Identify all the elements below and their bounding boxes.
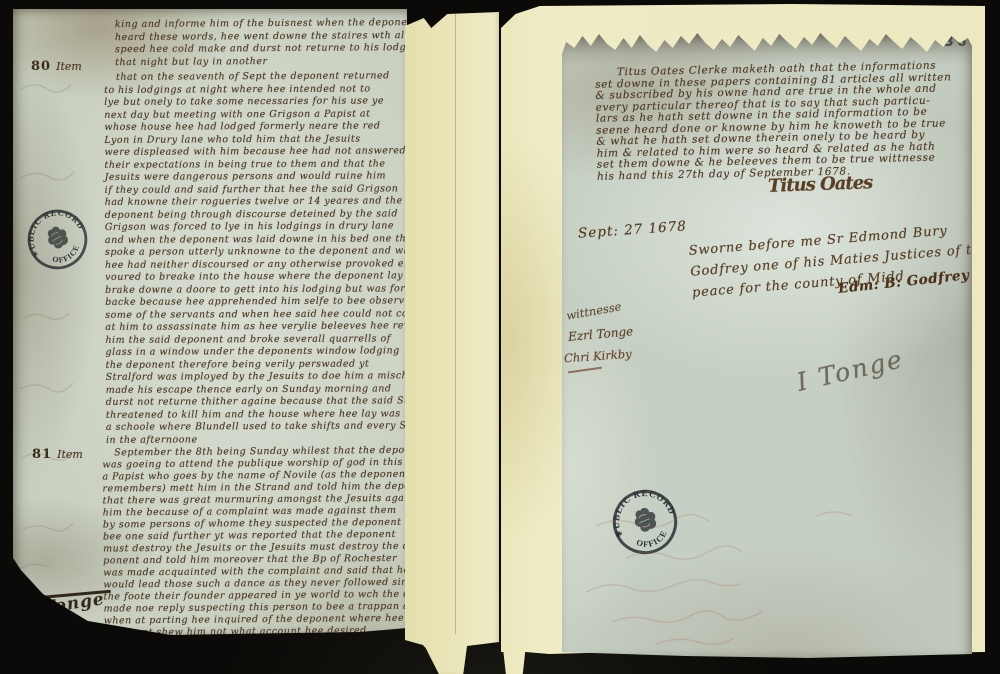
witness-tonge: Ezrl Tonge <box>568 324 634 344</box>
article-81-text: September the 8th being Sunday whilest t… <box>102 445 444 640</box>
witness-flourish-line <box>568 367 602 373</box>
article-81-label: Item <box>57 448 83 461</box>
witness-kirkby: Chri Kirkby <box>564 347 632 366</box>
article-80-number: 80 <box>31 59 51 74</box>
cream-guard-strip <box>405 12 499 674</box>
stamp-arc-bottom-text: OFFICE <box>632 526 672 554</box>
tonge-signature-left-page: I Tonge <box>26 589 106 621</box>
right-manuscript-page: 36 Titus Oates Clerke maketh oath that t… <box>562 28 972 660</box>
left-manuscript-page: king and informe him of the buisnest whe… <box>13 9 407 636</box>
opening-paragraph: king and informe him of the buisnest whe… <box>115 17 429 69</box>
manuscript-spread-photo: king and informe him of the buisnest whe… <box>0 0 1000 674</box>
article-81-margin-note: 81Item <box>32 443 83 462</box>
article-80-margin-note: 80Item <box>31 55 82 74</box>
stamp-crest-icon <box>631 505 660 534</box>
stamp-crest-icon <box>43 223 71 251</box>
jurat-date: Sept: 27 1678 <box>578 218 688 242</box>
oates-oath-paragraph: Titus Oates Clerke maketh oath that the … <box>595 60 954 182</box>
svg-text:OFFICE: OFFICE <box>632 526 672 554</box>
tonge-signature-right-page: I Tonge <box>794 344 906 397</box>
article-80-text: that on the seaventh of Sept the deponen… <box>104 70 445 447</box>
stamp-arc-top-text: PUBLIC RECORD <box>601 478 678 538</box>
article-81-number: 81 <box>32 447 52 462</box>
public-record-office-stamp-left: PUBLIC RECORD OFFICE ✳ <box>14 196 100 282</box>
titus-oates-signature: Titus Oates <box>768 172 873 197</box>
article-80-label: Item <box>56 60 82 73</box>
public-record-office-stamp-right: PUBLIC RECORD OFFICE ✳ <box>601 478 690 567</box>
witness-label: wittnesse <box>565 299 622 322</box>
svg-text:PUBLIC RECORD: PUBLIC RECORD <box>601 478 678 538</box>
